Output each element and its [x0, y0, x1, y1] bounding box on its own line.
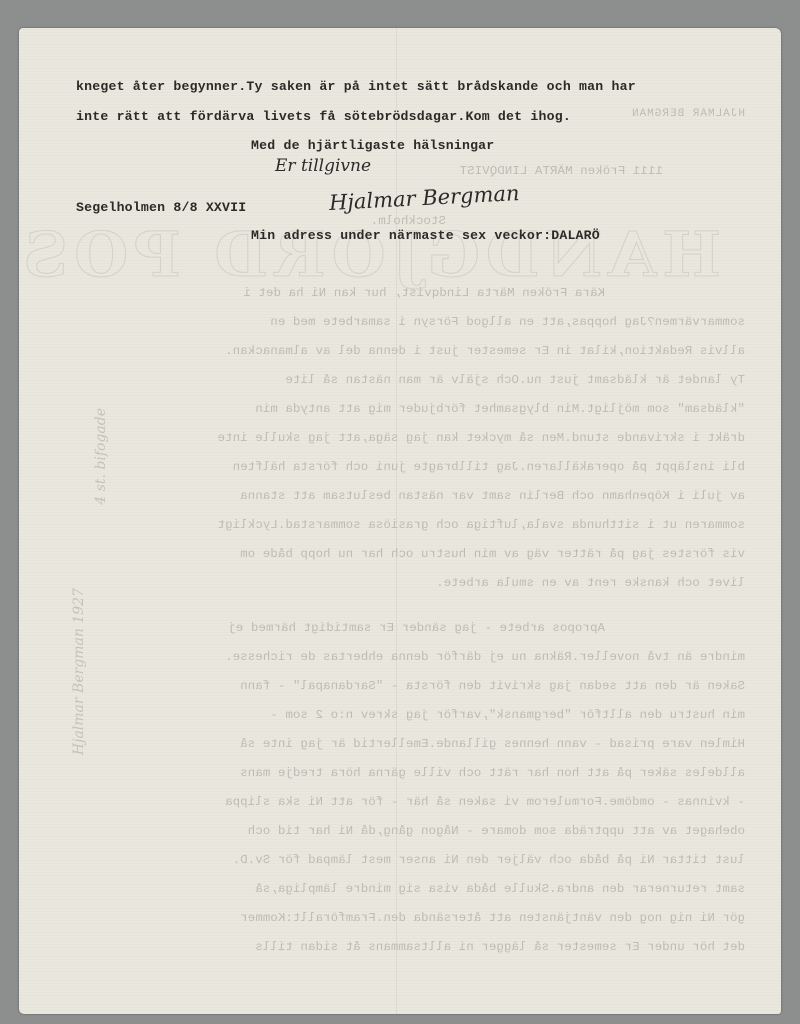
- body-line-1: kneget åter begynner.Ty saken är på inte…: [76, 79, 636, 94]
- bleed-line: det hör under Er semester så lägger ni a…: [255, 940, 745, 954]
- signature: Hjalmar Bergman: [329, 181, 521, 215]
- bleed-recipient: 1111 Fröken MÄRTA LINDQVIST: [460, 164, 663, 178]
- paper-fold: [396, 28, 397, 1014]
- bleed-line: dräkt i skrivande stund.Men så mycket ka…: [218, 431, 746, 445]
- bleed-header: HJALMAR BERGMAN: [631, 108, 745, 120]
- place-date: Segelholmen 8/8 XXVII: [76, 200, 246, 215]
- bleed-line: vis förstes jag på rätter väg av min hus…: [240, 547, 745, 561]
- bleed-line: "klädsam" som möjligt.Min blygsamhet för…: [255, 402, 745, 416]
- bleed-line: samt returnerar den andra.Skulle båda vi…: [255, 882, 745, 896]
- bleed-line: Saken är den att sedan jag skrivit den f…: [240, 679, 745, 693]
- bleed-line: allvis Redaktion,kilat in Er semester ju…: [225, 344, 745, 358]
- closing-salutation: Med de hjärtligaste hälsningar: [251, 138, 494, 153]
- bleed-line: - kvinnas - omdöme.Formulerom vi saken s…: [225, 795, 745, 809]
- address-note: Min adress under närmaste sex veckor:DAL…: [251, 228, 600, 243]
- bleed-line: gör Ni nig nog den väntjänsten att åters…: [240, 911, 745, 925]
- margin-pencil-note: Hjalmar Bergman 1927: [71, 588, 87, 755]
- bleed-line: Himlen vare prisad - vann hennes gilland…: [240, 737, 745, 751]
- bleed-city: Stockholm.: [371, 214, 446, 228]
- body-line-2: inte rätt att fördärva livets få sötebrö…: [76, 109, 571, 124]
- bleed-line: av juli i Köpenhamn och Berlin samt var …: [240, 489, 745, 503]
- letter-page: HJALMAR BERGMAN 1111 Fröken MÄRTA LINDQV…: [19, 28, 781, 1014]
- bleed-line: sommaren ut i sitthunda svala,luftiga oc…: [218, 518, 746, 532]
- bleed-line: obehaget av att uppträda som domare - Nå…: [248, 824, 745, 838]
- bleed-line: Apropos arbete - jag sänder Er samtidigt…: [228, 621, 605, 635]
- bleed-line: bli insläppt på operakällaren.Jag tillbr…: [233, 460, 745, 474]
- bleed-line: mindre än två noveller.Räkna nu ej därfö…: [225, 650, 745, 664]
- bleed-line: sommarvärmen?Jag hoppas,att en allgod Fö…: [270, 315, 745, 329]
- bleed-line: Kära Fröken Märta Lindqvist, hur kan Ni …: [243, 286, 605, 300]
- bleed-line: min hustru den alltför "bergmansk",varfö…: [270, 708, 745, 722]
- bleed-line: Ty landet är klädsamt just nu.Och själv …: [285, 373, 745, 387]
- bleed-line: alldeles säker på att hon har rätt och v…: [240, 766, 745, 780]
- margin-pencil-note-2: 4 st. bifogade: [93, 408, 109, 505]
- bleed-line: livet och kanske rent av en smula arbete…: [436, 576, 745, 590]
- handwritten-greeting: Er tillgivne: [275, 156, 371, 176]
- reverse-side-bleed-through: HJALMAR BERGMAN 1111 Fröken MÄRTA LINDQV…: [19, 28, 781, 1014]
- bleed-line: lust tittar Ni på båda och väljer den Ni…: [233, 853, 745, 867]
